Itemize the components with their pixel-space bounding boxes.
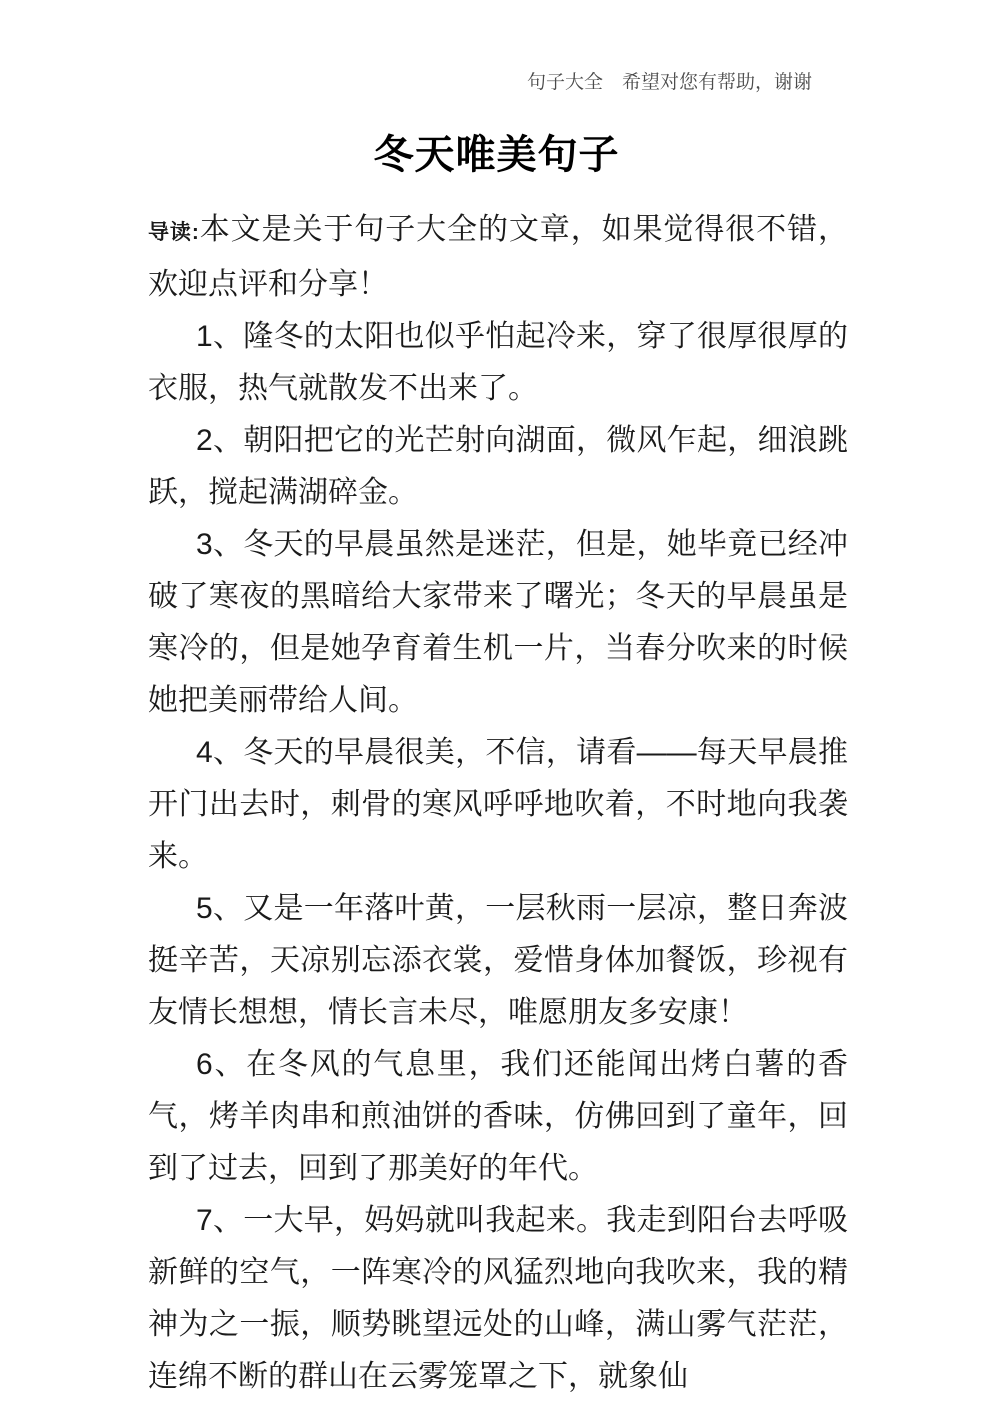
- list-item: 3、冬天的早晨虽然是迷茫，但是，她毕竟已经冲破了寒夜的黑暗给大家带来了曙光；冬天…: [148, 519, 848, 727]
- list-item: 4、冬天的早晨很美，不信，请看——每天早晨推开门出去时，刺骨的寒风呼呼地吹着，不…: [148, 727, 848, 883]
- list-item: 1、隆冬的太阳也似乎怕起冷来，穿了很厚很厚的衣服，热气就散发不出来了。: [148, 311, 848, 415]
- document-body: 导读:本文是关于句子大全的文章，如果觉得很不错，欢迎点评和分享！ 1、隆冬的太阳…: [148, 204, 848, 1403]
- intro-text: 本文是关于句子大全的文章，如果觉得很不错，欢迎点评和分享！: [148, 213, 848, 301]
- intro-paragraph: 导读:本文是关于句子大全的文章，如果觉得很不错，欢迎点评和分享！: [148, 204, 848, 311]
- item-text: 一大早，妈妈就叫我起来。我走到阳台去呼吸新鲜的空气，一阵寒冷的风猛烈地向我吹来，…: [148, 1204, 848, 1393]
- item-text: 冬天的早晨虽然是迷茫，但是，她毕竟已经冲破了寒夜的黑暗给大家带来了曙光；冬天的早…: [148, 528, 848, 717]
- item-number: 1、: [196, 320, 243, 353]
- item-number: 7、: [196, 1204, 243, 1237]
- item-text: 朝阳把它的光芒射向湖面，微风乍起，细浪跳跃，搅起满湖碎金。: [148, 424, 848, 509]
- item-text: 隆冬的太阳也似乎怕起冷来，穿了很厚很厚的衣服，热气就散发不出来了。: [148, 320, 848, 405]
- list-item: 2、朝阳把它的光芒射向湖面，微风乍起，细浪跳跃，搅起满湖碎金。: [148, 415, 848, 519]
- intro-label: 导读:: [148, 221, 199, 244]
- page-title: 冬天唯美句子: [0, 131, 993, 179]
- list-item: 6、在冬风的气息里，我们还能闻出烤白薯的香气，烤羊肉串和煎油饼的香味，仿佛回到了…: [148, 1039, 848, 1195]
- item-number: 5、: [196, 892, 243, 925]
- item-number: 3、: [196, 528, 243, 561]
- list-item: 5、又是一年落叶黄，一层秋雨一层凉，整日奔波挺辛苦，天凉别忘添衣裳，爱惜身体加餐…: [148, 883, 848, 1039]
- item-number: 6、: [196, 1048, 246, 1081]
- document-page: 句子大全 希望对您有帮助，谢谢 冬天唯美句子 导读:本文是关于句子大全的文章，如…: [0, 0, 993, 1404]
- item-text: 冬天的早晨很美，不信，请看——每天早晨推开门出去时，刺骨的寒风呼呼地吹着，不时地…: [148, 736, 848, 873]
- item-number: 4、: [196, 736, 243, 769]
- item-text: 在冬风的气息里，我们还能闻出烤白薯的香气，烤羊肉串和煎油饼的香味，仿佛回到了童年…: [148, 1048, 848, 1185]
- item-number: 2、: [196, 424, 243, 457]
- page-header-note: 句子大全 希望对您有帮助，谢谢: [527, 71, 812, 95]
- list-item: 7、一大早，妈妈就叫我起来。我走到阳台去呼吸新鲜的空气，一阵寒冷的风猛烈地向我吹…: [148, 1195, 848, 1403]
- item-text: 又是一年落叶黄，一层秋雨一层凉，整日奔波挺辛苦，天凉别忘添衣裳，爱惜身体加餐饭，…: [148, 892, 848, 1029]
